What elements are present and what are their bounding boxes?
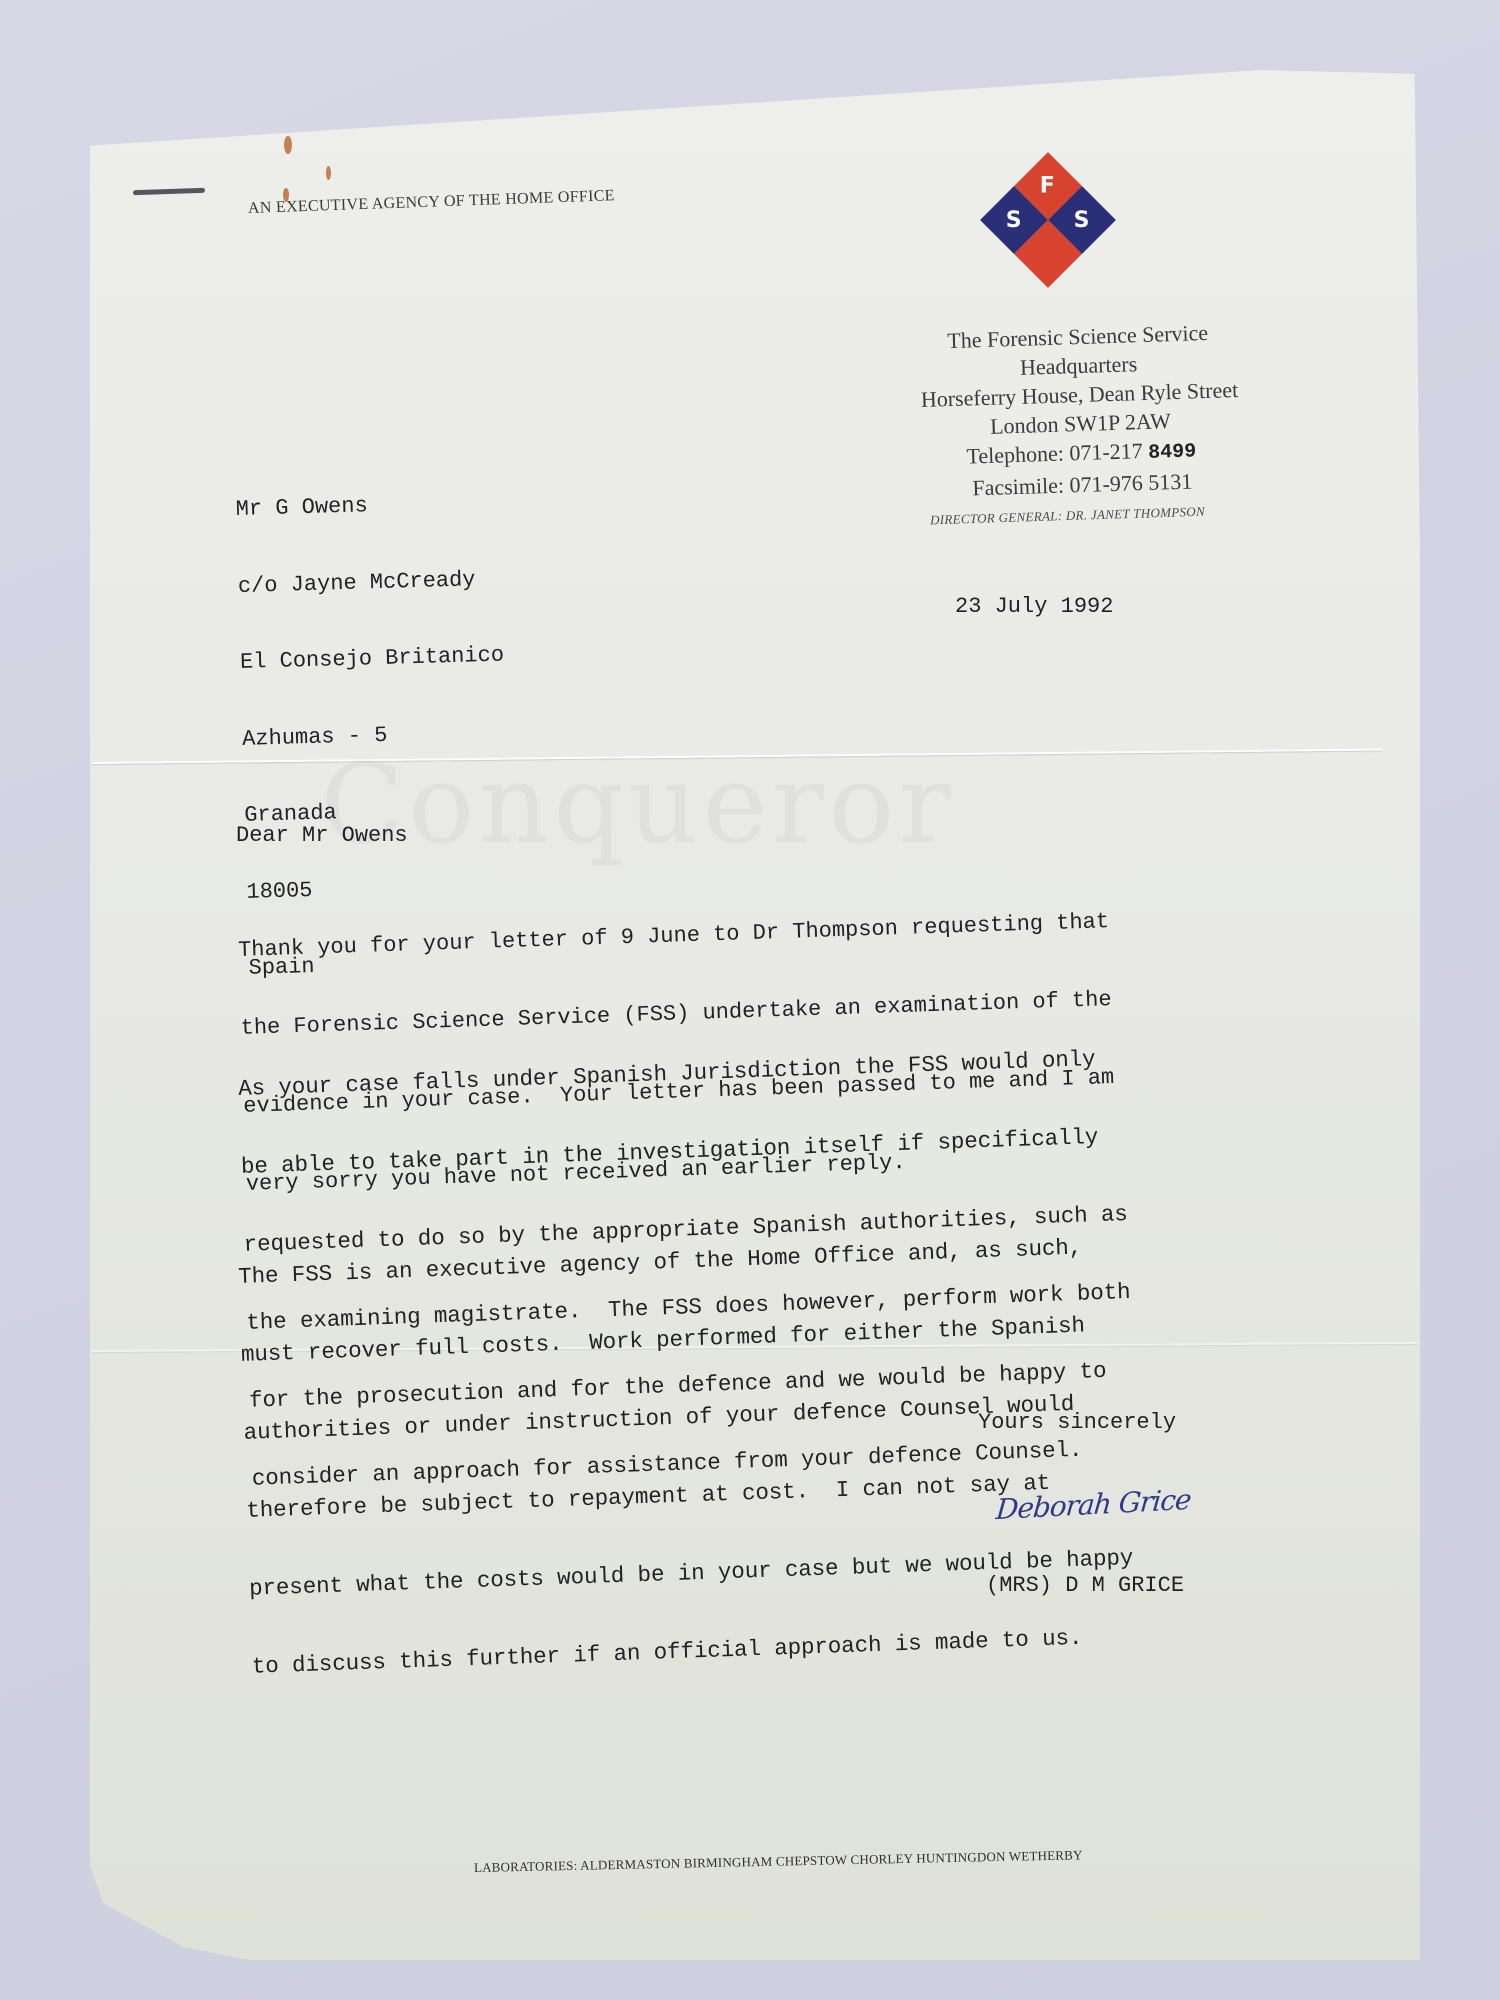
rust-stain [326,166,331,180]
letterhead-address: The Forensic Science Service Headquarter… [877,316,1282,505]
body-line: As your case falls under Spanish Jurisdi… [238,1045,1123,1102]
letter-date: 23 July 1992 [955,594,1113,619]
body-line: be able to take part in the investigatio… [241,1123,1126,1180]
body-line: Thank you for your letter of 9 June to D… [238,909,1110,964]
body-line: The FSS is an executive agency of the Ho… [238,1233,1123,1290]
recipient-line: Azhumas - 5 [242,719,507,752]
telephone-label: Telephone: 071-217 [966,438,1143,469]
rust-stain [284,136,292,154]
closing: Yours sincerely [978,1410,1176,1435]
signatory-name: (MRS) D M GRICE [986,1573,1184,1598]
recipient-line: El Consejo Britanico [240,643,505,676]
body-paragraph-3: The FSS is an executive agency of the Ho… [236,1181,1137,1706]
salutation: Dear Mr Owens [236,823,408,848]
body-line: to discuss this further if an official a… [251,1623,1136,1680]
recipient-line: c/o Jayne McCready [238,566,503,599]
recipient-line: Mr G Owens [235,490,500,523]
body-line: must recover full costs. Work performed … [241,1311,1126,1368]
telephone-extension: 8499 [1148,440,1197,464]
